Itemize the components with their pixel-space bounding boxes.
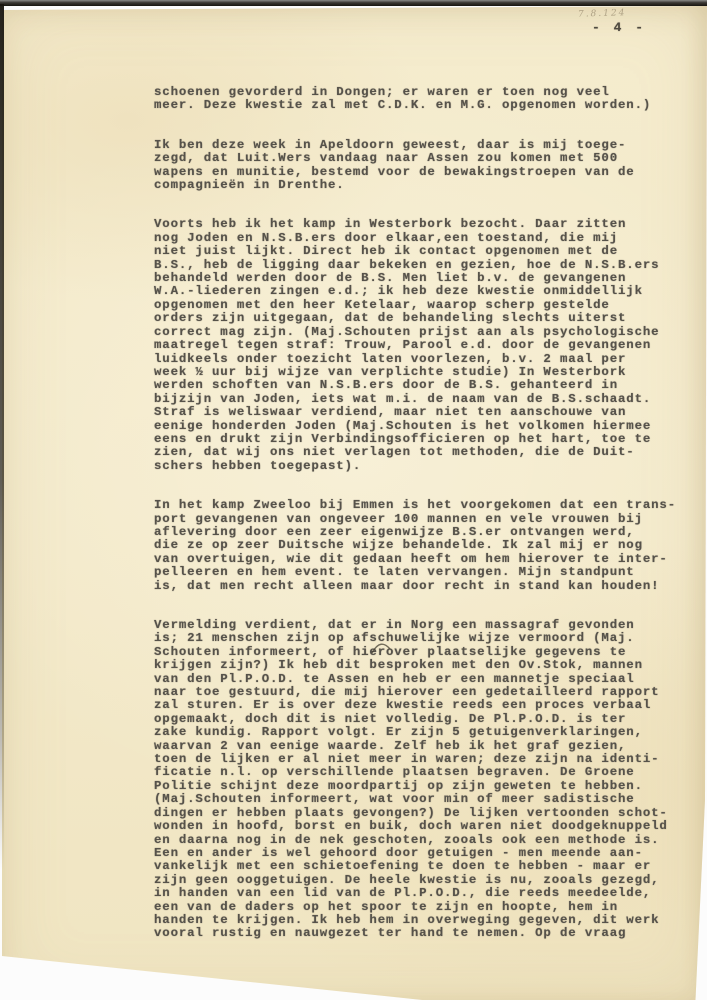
page-number: - 4 -	[592, 20, 646, 35]
paragraph-5: Vermelding verdient, dat er in Norg een …	[154, 619, 702, 941]
paragraph-4: In het kamp Zweeloo bij Emmen is het voo…	[154, 499, 702, 593]
document-page: 7.8.124 - 4 - schoenen gevorderd in Dong…	[0, 0, 707, 1000]
handwritten-correction-mark	[368, 640, 398, 656]
paragraph-2: Ik ben deze week in Apeldoorn geweest, d…	[154, 139, 702, 193]
paper-edge-shadow	[0, 4, 4, 870]
paragraph-1: schoenen gevorderd in Dongen; er waren e…	[154, 86, 702, 113]
pencil-annotation: 7.8.124	[578, 6, 678, 19]
paragraph-3: Voorts heb ik het kamp in Westerbork bez…	[154, 218, 702, 473]
scanned-document: 7.8.124 - 4 - schoenen gevorderd in Dong…	[0, 0, 707, 1000]
document-body: schoenen gevorderd in Dongen; er waren e…	[154, 86, 702, 967]
scanner-edge	[0, 0, 707, 6]
